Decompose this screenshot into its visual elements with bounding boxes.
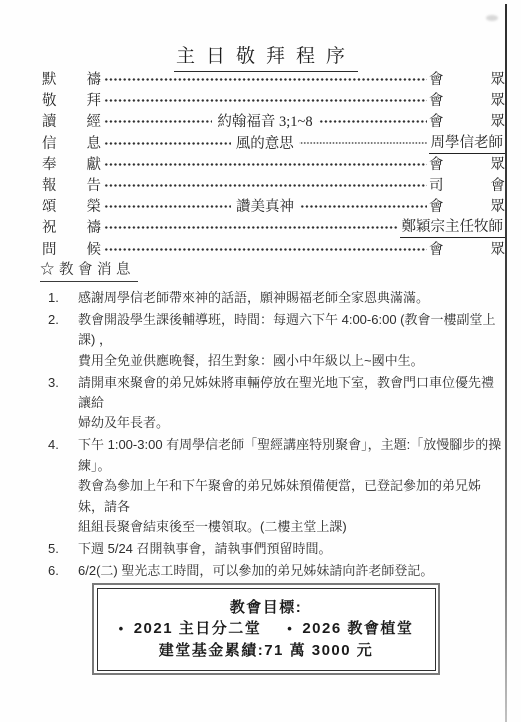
announcement-text: 下週 5/24 召開執事會，請執事們預留時間。 — [78, 539, 506, 559]
program-row: 頌榮讚美真神會眾 — [42, 195, 505, 216]
dot-leader — [103, 153, 427, 174]
program-label-char: 默 — [42, 68, 57, 89]
announcement-number: 6. — [40, 561, 78, 581]
announcements-heading-label: 教會消息 — [59, 262, 135, 278]
program-row: 奉獻會眾 — [42, 153, 505, 174]
program-right-char: 會 — [429, 68, 444, 89]
program-right-char: 司 — [429, 174, 444, 195]
program-item-label: 讀經 — [42, 110, 101, 131]
program-right-char: 眾 — [491, 153, 506, 174]
program-item-label: 奉獻 — [42, 153, 101, 174]
goal-box: 教會目標: •2021 主日分二堂•2026 教會植堂 建堂基金累績:71 萬 … — [92, 583, 440, 675]
program-right-char: 會 — [429, 89, 444, 110]
program-right-char: 會 — [429, 153, 444, 174]
announcements-heading: ☆教會消息 — [40, 258, 138, 282]
program-right-name: 周學信老師 — [429, 131, 506, 154]
announcement-text: 教會開設學生課後輔導班，時間：每週六下午 4:00-6:00 (教會一樓副堂上課… — [78, 310, 506, 371]
announcement-line: 感謝周學信老師帶來神的話語，願神賜福老師全家恩典滿滿。 — [78, 288, 506, 308]
program-label-char: 問 — [42, 238, 57, 259]
announcement-item: 1.感謝周學信老師帶來神的話語，願神賜福老師全家恩典滿滿。 — [40, 288, 506, 308]
program-right-role: 會眾 — [429, 195, 505, 216]
announcement-number: 2. — [40, 310, 78, 371]
dot-leader — [299, 195, 427, 216]
program-row: 信息風的意思周學信老師 — [42, 132, 505, 153]
program-label-char: 信 — [42, 132, 57, 153]
announcement-line: 婦幼及年長者。 — [78, 413, 506, 433]
program-right-role: 會眾 — [429, 110, 505, 131]
announcement-line: 下午 1:00-3:00 有周學信老師「聖經講座特別聚會」，主題:「放慢腳步的操… — [78, 435, 506, 476]
goal-bullet-label: 2026 教會植堂 — [302, 618, 413, 639]
program-label-char: 祝 — [42, 216, 57, 237]
dot-leader — [103, 89, 427, 110]
program-right-role: 會眾 — [429, 89, 505, 110]
announcement-line: 費用全免並供應晚餐，招生對象：國小中年級以上~國中生。 — [78, 351, 506, 371]
program-item-label: 敬拜 — [42, 89, 101, 110]
program-row: 敬拜會眾 — [42, 89, 505, 110]
program-row: 讀經約翰福音 3;1~8會眾 — [42, 110, 505, 131]
announcement-line: 教會為參加上午和下午聚會的弟兄姊妹預備便當，已登記參加的弟兄姊妹，請各 — [78, 476, 506, 517]
program-label-char: 息 — [87, 132, 102, 153]
dot-leader — [103, 238, 427, 259]
dot-leader — [103, 132, 231, 153]
goal-fund: 建堂基金累績:71 萬 3000 元 — [159, 640, 374, 661]
announcement-number: 5. — [40, 539, 78, 559]
announcement-line: 教會開設學生課後輔導班，時間：每週六下午 4:00-6:00 (教會一樓副堂上課… — [78, 310, 506, 351]
program-label-char: 頌 — [42, 195, 57, 216]
program-right-char: 會 — [429, 238, 444, 259]
program-label-char: 獻 — [87, 153, 102, 174]
goal-box-inner: 教會目標: •2021 主日分二堂•2026 教會植堂 建堂基金累績:71 萬 … — [97, 588, 436, 671]
program-right-char: 眾 — [491, 89, 506, 110]
dot-leader — [103, 110, 212, 131]
program-label-char: 禱 — [87, 68, 102, 89]
program-row: 問候會眾 — [42, 238, 505, 259]
program-right-role: 會眾 — [429, 238, 505, 259]
announcement-number: 1. — [40, 288, 78, 308]
announcement-item: 3.請開車來聚會的弟兄姊妹將車輛停放在聖光地下室，教會門口車位優先禮讓給婦幼及年… — [40, 373, 506, 434]
announcement-item: 6.6/2(二) 聖光志工時間，可以參加的弟兄姊妹請向許老師登記。 — [40, 561, 506, 581]
dot-leader — [103, 68, 427, 89]
program-label-char: 奉 — [42, 153, 57, 174]
program-item-label: 報告 — [42, 174, 101, 195]
program-label-char: 敬 — [42, 89, 57, 110]
program-middle-text: 風的意思 — [233, 132, 297, 153]
bullet-icon: • — [119, 620, 125, 638]
announcement-text: 6/2(二) 聖光志工時間，可以參加的弟兄姊妹請向許老師登記。 — [78, 561, 506, 581]
program-right-char: 眾 — [491, 195, 506, 216]
program-label-char: 候 — [87, 238, 102, 259]
announcement-text: 請開車來聚會的弟兄姊妹將車輛停放在聖光地下室，教會門口車位優先禮讓給婦幼及年長者… — [78, 373, 506, 434]
program-right-char: 眾 — [491, 238, 506, 259]
dot-leader — [318, 110, 427, 131]
announcement-item: 5.下週 5/24 召開執事會，請執事們預留時間。 — [40, 539, 506, 559]
goal-title: 教會目標: — [230, 597, 303, 618]
bulletin-page: 主日敬拜程序 默禱會眾敬拜會眾讀經約翰福音 3;1~8會眾信息風的意思周學信老師… — [0, 0, 521, 722]
program-right-role: 會眾 — [429, 68, 505, 89]
program-label-char: 拜 — [87, 89, 102, 110]
goal-bullet-item: •2026 教會植堂 — [287, 618, 413, 639]
program-right-char: 會 — [429, 195, 444, 216]
announcement-text: 下午 1:00-3:00 有周學信老師「聖經講座特別聚會」，主題:「放慢腳步的操… — [78, 435, 506, 537]
dot-leader — [103, 174, 427, 195]
announcement-item: 4.下午 1:00-3:00 有周學信老師「聖經講座特別聚會」，主題:「放慢腳步… — [40, 435, 506, 537]
announcements-section: ☆教會消息 1.感謝周學信老師帶來神的話語，願神賜福老師全家恩典滿滿。2.教會開… — [40, 258, 506, 583]
scan-artifact-smudge — [486, 15, 498, 21]
program-right-char: 會 — [429, 110, 444, 131]
program-row: 祝禱鄭穎宗主任牧師 — [42, 216, 505, 237]
program-middle-text: 約翰福音 3;1~8 — [214, 110, 315, 131]
announcement-number: 4. — [40, 435, 78, 537]
announcement-line: 組組長聚會結束後至一樓領取。(二樓主堂上課) — [78, 517, 506, 537]
bullet-icon: • — [287, 620, 293, 638]
program-label-char: 告 — [87, 174, 102, 195]
goal-bullet-label: 2021 主日分二堂 — [134, 618, 262, 639]
program-item-label: 信息 — [42, 132, 101, 153]
announcement-line: 下週 5/24 召開執事會，請執事們預留時間。 — [78, 539, 506, 559]
program-row: 默禱會眾 — [42, 68, 505, 89]
dot-leader — [299, 132, 427, 153]
dot-leader — [103, 216, 398, 237]
program-right-char: 眾 — [491, 110, 506, 131]
program-right-name: 鄭穎宗主任牧師 — [400, 215, 506, 238]
program-item-label: 默禱 — [42, 68, 101, 89]
program-label-char: 榮 — [87, 195, 102, 216]
program-right-role: 司會 — [429, 174, 505, 195]
announcement-line: 請開車來聚會的弟兄姊妹將車輛停放在聖光地下室，教會門口車位優先禮讓給 — [78, 373, 506, 414]
program-item-label: 祝禱 — [42, 216, 101, 237]
announcement-line: 6/2(二) 聖光志工時間，可以參加的弟兄姊妹請向許老師登記。 — [78, 561, 506, 581]
program-right-char: 會 — [491, 174, 506, 195]
announcement-text: 感謝周學信老師帶來神的話語，願神賜福老師全家恩典滿滿。 — [78, 288, 506, 308]
goal-bullets-row: •2021 主日分二堂•2026 教會植堂 — [119, 618, 414, 639]
program-label-char: 讀 — [42, 110, 57, 131]
worship-program-list: 默禱會眾敬拜會眾讀經約翰福音 3;1~8會眾信息風的意思周學信老師奉獻會眾報告司… — [42, 68, 505, 259]
star-icon: ☆ — [40, 262, 59, 278]
program-row: 報告司會 — [42, 174, 505, 195]
program-label-char: 經 — [87, 110, 102, 131]
announcement-item: 2.教會開設學生課後輔導班，時間：每週六下午 4:00-6:00 (教會一樓副堂… — [40, 310, 506, 371]
dot-leader — [103, 195, 231, 216]
program-right-char: 眾 — [491, 68, 506, 89]
program-item-label: 問候 — [42, 238, 101, 259]
program-item-label: 頌榮 — [42, 195, 101, 216]
goal-bullet-item: •2021 主日分二堂 — [119, 618, 262, 639]
program-right-role: 會眾 — [429, 153, 505, 174]
program-label-char: 報 — [42, 174, 57, 195]
program-middle-text: 讚美真神 — [233, 195, 297, 216]
program-label-char: 禱 — [87, 216, 102, 237]
announcements-list: 1.感謝周學信老師帶來神的話語，願神賜福老師全家恩典滿滿。2.教會開設學生課後輔… — [40, 288, 506, 581]
announcement-number: 3. — [40, 373, 78, 434]
